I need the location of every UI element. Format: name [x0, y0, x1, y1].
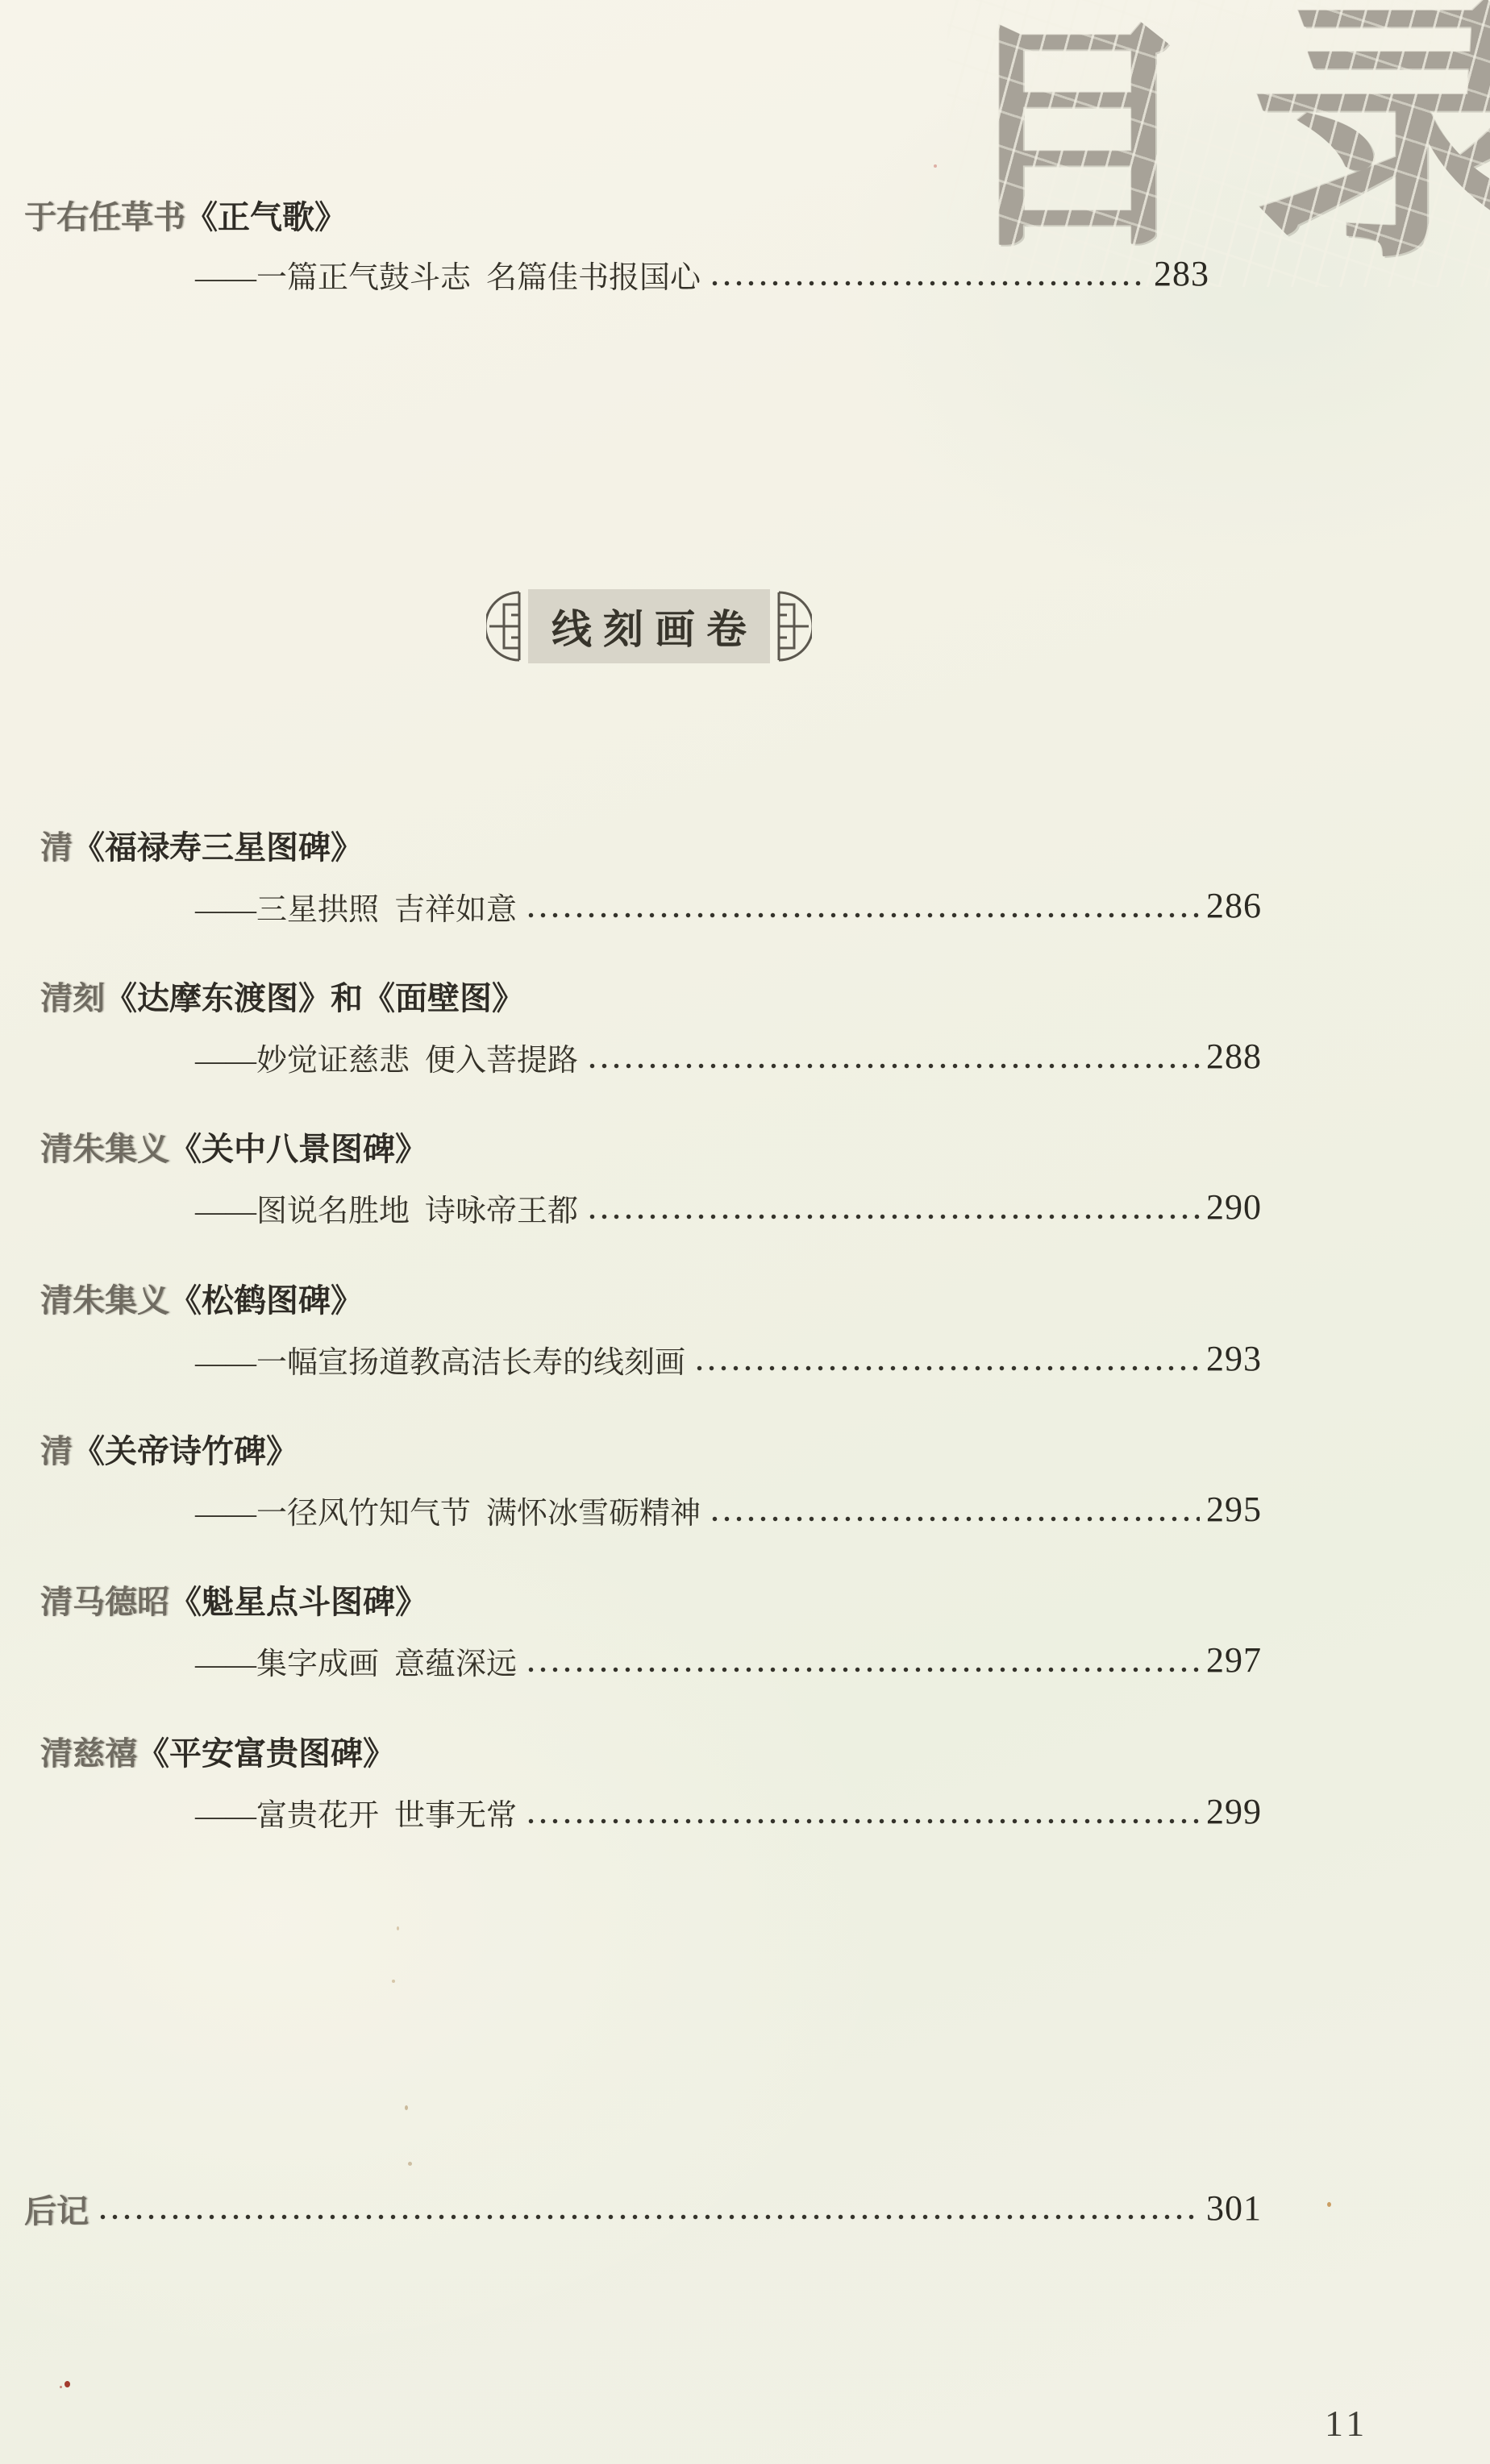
dot-leader: [525, 912, 1200, 918]
entry-title-line: 清朱集义《松鹤图碑》: [40, 1282, 1262, 1320]
toc-entry: 清《关帝诗竹碑》 ——一径风竹知气节 满怀冰雪砺精神 295: [40, 1432, 1262, 1532]
scan-speck: [408, 2162, 412, 2166]
entry-title: 《达摩东渡图》和《面壁图》: [105, 980, 524, 1016]
toc-entry: 清慈禧《平安富贵图碑》 ——富贵花开 世事无常 299: [40, 1735, 1262, 1834]
dot-leader: [586, 1214, 1200, 1220]
toc-entry: 清朱集义《松鹤图碑》 ——一幅宣扬道教高洁长寿的线刻画 293: [40, 1282, 1262, 1382]
section-header: 线刻画卷: [486, 589, 812, 663]
scan-speck: [1327, 2202, 1331, 2207]
entry-title: 《关中八景图碑》: [169, 1131, 427, 1167]
entry-title-line: 清马德昭《魁星点斗图碑》: [40, 1583, 1262, 1622]
toc-entry: 清朱集义《关中八景图碑》 ——图说名胜地 诗咏帝王都 290: [40, 1130, 1262, 1230]
entry-subtitle: ——一幅宣扬道教高洁长寿的线刻画: [40, 1344, 685, 1382]
entry-subtitle: ——妙觉证慈悲 便入菩提路: [40, 1042, 578, 1079]
entry-title: 《魁星点斗图碑》: [169, 1584, 427, 1620]
entry-subtitle: ——一径风竹知气节 满怀冰雪砺精神: [40, 1495, 701, 1532]
dot-leader: [525, 1818, 1200, 1824]
entry-prefix: 清刻: [40, 980, 105, 1016]
page-number: 295: [1206, 1492, 1262, 1532]
backmatter-label: 后记: [24, 2192, 89, 2231]
scan-speck: [65, 2381, 70, 2387]
entry-prefix: 清慈禧: [40, 1735, 137, 1772]
dot-leader: [709, 280, 1147, 286]
entry-prefix: 清朱集义: [40, 1131, 169, 1167]
entry-title-line: 清慈禧《平安富贵图碑》: [40, 1735, 1262, 1773]
page-number: 283: [1154, 256, 1209, 297]
page-number: 290: [1206, 1190, 1262, 1230]
section-title: 线刻画卷: [528, 589, 770, 663]
entry-subtitle: ——三星拱照 吉祥如意: [40, 891, 517, 929]
entry-subtitle: ——一篇正气鼓斗志 名篇佳书报国心: [24, 260, 701, 297]
toc-entry: 清马德昭《魁星点斗图碑》 ——集字成画 意蕴深远 297: [40, 1583, 1262, 1683]
dot-leader: [97, 2214, 1200, 2220]
page-number: 286: [1206, 888, 1262, 929]
entry-prefix: 于右任草书: [24, 199, 185, 235]
entry-prefix: 清: [40, 1433, 73, 1469]
page-number: 293: [1206, 1341, 1262, 1382]
scan-speck: [397, 1926, 399, 1930]
entry-title: 《正气歌》: [185, 199, 347, 235]
scanned-toc-page: 目 录 于右任草书《正气歌》 ——一篇正气鼓斗志 名篇佳书报国心 283 线刻画…: [0, 0, 1490, 2464]
entry-title-line: 清《福禄寿三星图碑》: [40, 829, 1262, 867]
scan-speck: [60, 2386, 62, 2388]
coin-ornament-right-icon: [776, 590, 812, 663]
scan-speck: [392, 1980, 395, 1983]
entry-title: 《松鹤图碑》: [169, 1282, 363, 1319]
entry-title: 《平安富贵图碑》: [137, 1735, 395, 1772]
page-number: 299: [1206, 1794, 1262, 1834]
toc-entry: 清刻《达摩东渡图》和《面壁图》 ——妙觉证慈悲 便入菩提路 288: [40, 979, 1262, 1079]
entry-prefix: 清: [40, 829, 73, 866]
entry-title-line: 清刻《达摩东渡图》和《面壁图》: [40, 979, 1262, 1018]
dot-leader: [693, 1365, 1200, 1371]
dot-leader: [525, 1667, 1200, 1672]
scan-speck: [405, 2105, 408, 2110]
page-number: 297: [1206, 1643, 1262, 1683]
entry-title: 《福禄寿三星图碑》: [73, 829, 363, 866]
entry-subtitle: ——富贵花开 世事无常: [40, 1797, 517, 1834]
entry-prefix: 清马德昭: [40, 1584, 169, 1620]
toc-entry: 清《福禄寿三星图碑》 ——三星拱照 吉祥如意 286: [40, 829, 1262, 929]
scan-speck: [934, 164, 937, 168]
entry-subtitle: ——集字成画 意蕴深远: [40, 1646, 517, 1683]
dot-leader: [709, 1516, 1200, 1522]
dot-leader: [586, 1063, 1200, 1069]
folio-number: 11: [1325, 2402, 1368, 2445]
entry-prefix: 清朱集义: [40, 1282, 169, 1319]
entry-title-line: 于右任草书《正气歌》: [24, 198, 1209, 237]
page-number: 288: [1206, 1039, 1262, 1079]
coin-ornament-left-icon: [486, 590, 522, 663]
page-number: 301: [1206, 2191, 1262, 2231]
backmatter-entry: 后记 301: [24, 2191, 1262, 2231]
toc-entry: 于右任草书《正气歌》 ——一篇正气鼓斗志 名篇佳书报国心 283: [24, 198, 1209, 297]
entry-title-line: 清《关帝诗竹碑》: [40, 1432, 1262, 1471]
entry-title-line: 清朱集义《关中八景图碑》: [40, 1130, 1262, 1169]
entry-title: 《关帝诗竹碑》: [73, 1433, 298, 1469]
entry-subtitle: ——图说名胜地 诗咏帝王都: [40, 1193, 578, 1230]
big-title-char-lu: 录: [1251, 0, 1490, 279]
